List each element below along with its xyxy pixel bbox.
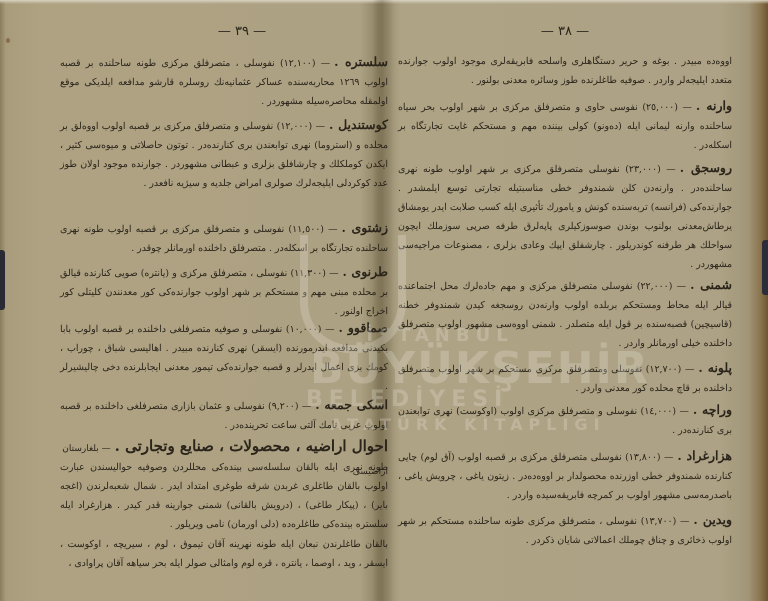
entry-text: — (١٣,٧٠٠) نفوسلی ، متصرفلق مركزی طونه س… xyxy=(398,516,732,546)
left-page: — ٣٩ — سلستره .— (١٢,١٠٠) نفوسلی ، متصرف… xyxy=(60,0,388,601)
entry-heading: هزارغراد . xyxy=(677,448,732,463)
entry-kyustendil: كوستنديل .— (١٢,٠٠٠) نفوسلی و متصرفلق مر… xyxy=(60,115,388,193)
entry-heading: صماقوو . xyxy=(338,320,388,335)
entry-text: — (١١,٥٠٠) نفوسلی و متصرفلق مركزی بر قصب… xyxy=(60,224,388,254)
entry-heading: وارنه . xyxy=(696,98,732,113)
section-paragraph-1: طونه نهری ايله بالقان سلسله‌سی بينده‌كی … xyxy=(60,458,388,534)
entry-text: — (١٢,٧٠٠) نفوسلی ومتصرفلق مركزی مستحكم … xyxy=(398,364,732,394)
book-spread: — ٣٩ — سلستره .— (١٢,١٠٠) نفوسلی ، متصرف… xyxy=(0,0,768,601)
entry-heading: سلستره . xyxy=(334,54,388,69)
paragraph-text: اووه‌ده مبيدر . بوغه و حرير دستگاهلری وا… xyxy=(398,52,732,90)
entry-heading: پلونه . xyxy=(698,360,732,375)
entry-heading: وراچه . xyxy=(693,402,732,417)
page-number: — ٣٨ — xyxy=(398,24,732,39)
entry-samakov: صماقوو .— (١٠,٠٠٠) نفوسلی و صوفيه متصرفل… xyxy=(60,318,388,396)
paper-stain xyxy=(6,38,10,43)
entry-text: — (٢٣,٠٠٠) نفوسلی متصرفلق مركزی بر شهر ا… xyxy=(398,164,732,270)
entry-heading: كوستنديل . xyxy=(329,117,388,132)
paragraph-text: بالقان طاغلرندن نبعان ايله طونه نهرينه آ… xyxy=(60,535,388,573)
entry-silistra: سلستره .— (١٢,١٠٠) نفوسلی ، متصرفلق مركز… xyxy=(60,52,388,111)
entry-tirnovi: طرنوی .— (١١,٣٠٠) نفوسلی ، متصرفلق مركزی… xyxy=(60,262,388,321)
entry-varna: وارنه .— (٢٥,٠٠٠) نفوسی حاوی و متصرفلق م… xyxy=(398,96,732,155)
right-binding-edge xyxy=(762,240,768,295)
section-title: احوال اراضيه ، محصولات ، صنايع وتجارتی . xyxy=(115,437,388,455)
entry-heading: روسجق . xyxy=(680,160,732,175)
entry-hezargrad: هزارغراد .— (١٣,٨٠٠) نفوسلی متصرفلق مركز… xyxy=(398,446,732,505)
intro-paragraph: اووه‌ده مبيدر . بوغه و حرير دستگاهلری وا… xyxy=(398,52,732,90)
entry-text: — (١١,٣٠٠) نفوسلی ، متصرفلق مركزی و (يان… xyxy=(60,268,388,317)
entry-heading: شمنی . xyxy=(690,277,732,292)
entry-heading: زشتوی . xyxy=(342,220,388,235)
right-page: — ٣٨ — اووه‌ده مبيدر . بوغه و حرير دستگا… xyxy=(398,0,732,601)
paragraph-text: طونه نهری ايله بالقان سلسله‌سی بينده‌كی … xyxy=(60,458,388,534)
entry-heading: اسكی جمعه . xyxy=(315,397,388,412)
entry-heading: ويدين . xyxy=(693,512,732,527)
entry-eski-cuma: اسكی جمعه .— (٩,٢٠٠) نفوسلی و عثمان بازا… xyxy=(60,395,388,435)
section-paragraph-2: بالقان طاغلرندن نبعان ايله طونه نهرينه آ… xyxy=(60,535,388,573)
entry-text: — (٢٢,٠٠٠) نفوسلی متصرفلق مركزی و مهم جا… xyxy=(398,281,732,349)
entry-plevne: پلونه .— (١٢,٧٠٠) نفوسلی ومتصرفلق مركزی … xyxy=(398,358,732,398)
entry-zishtovi: زشتوی .— (١١,٥٠٠) نفوسلی و متصرفلق مركزی… xyxy=(60,218,388,258)
entry-shumnu: شمنی .— (٢٢,٠٠٠) نفوسلی متصرفلق مركزی و … xyxy=(398,275,732,353)
entry-rusjuk: روسجق .— (٢٣,٠٠٠) نفوسلی متصرفلق مركزی ب… xyxy=(398,158,732,274)
page-number: — ٣٩ — xyxy=(78,24,406,39)
entry-vratsa: وراچه .— (١٤,٠٠٠) نفوسلی و متصرفلق مركزی… xyxy=(398,400,732,440)
entry-text: — (١٤,٠٠٠) نفوسلی و متصرفلق مركزی اولوب … xyxy=(398,406,732,436)
entry-text: — (٢٥,٠٠٠) نفوسی حاوی و متصرفلق مركزی بر… xyxy=(398,102,732,151)
entry-heading: طرنوی . xyxy=(343,264,388,279)
left-binding-edge xyxy=(0,250,5,310)
entry-vidin: ويدين .— (١٣,٧٠٠) نفوسلی ، متصرفلق مركزی… xyxy=(398,510,732,550)
